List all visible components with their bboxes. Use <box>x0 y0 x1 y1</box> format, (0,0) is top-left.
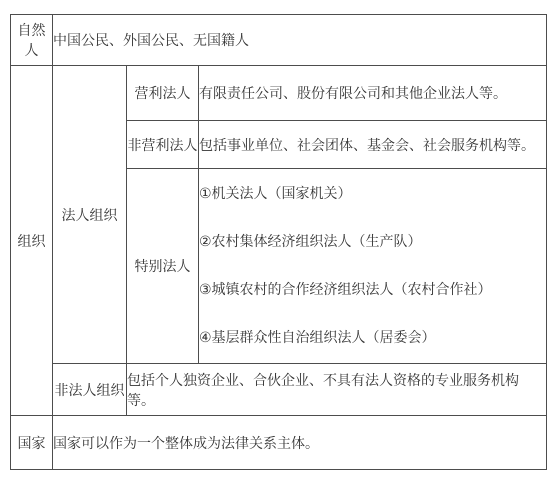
row-for-profit-legal-person: 组织 法人组织 营利法人 有限责任公司、股份有限公司和其他企业法人等。 <box>11 66 547 121</box>
page-background: 自然人 中国公民、外国公民、无国籍人 组织 法人组织 营利法人 有限责任公司、股… <box>0 0 555 485</box>
natural-person-label: 自然人 <box>11 15 53 66</box>
special-item-2: ②农村集体经济组织法人（生产队） <box>199 218 546 266</box>
legal-subjects-table: 自然人 中国公民、外国公民、无国籍人 组织 法人组织 营利法人 有限责任公司、股… <box>10 14 547 470</box>
non-legal-person-org-content: 包括个人独资企业、合伙企业、不具有法人资格的专业服务机构等。 <box>127 364 547 416</box>
non-legal-person-org-label: 非法人组织 <box>53 364 127 416</box>
for-profit-legal-person-label: 营利法人 <box>127 66 199 121</box>
for-profit-legal-person-content: 有限责任公司、股份有限公司和其他企业法人等。 <box>199 66 547 121</box>
state-content: 国家可以作为一个整体成为法律关系主体。 <box>53 416 547 470</box>
natural-person-content: 中国公民、外国公民、无国籍人 <box>53 15 547 66</box>
legal-person-org-label: 法人组织 <box>53 66 127 364</box>
state-label: 国家 <box>11 416 53 470</box>
special-item-3: ③城镇农村的合作经济组织法人（农村合作社） <box>199 266 546 314</box>
row-non-legal-person-org: 非法人组织 包括个人独资企业、合伙企业、不具有法人资格的专业服务机构等。 <box>11 364 547 416</box>
non-profit-legal-person-content: 包括事业单位、社会团体、基金会、社会服务机构等。 <box>199 121 547 169</box>
special-item-1: ①机关法人（国家机关） <box>199 170 546 218</box>
row-natural-person: 自然人 中国公民、外国公民、无国籍人 <box>11 15 547 66</box>
row-state: 国家 国家可以作为一个整体成为法律关系主体。 <box>11 416 547 470</box>
special-item-4: ④基层群众性自治组织法人（居委会） <box>199 314 546 362</box>
organization-label: 组织 <box>11 66 53 416</box>
special-legal-person-label: 特别法人 <box>127 169 199 364</box>
special-legal-person-content: ①机关法人（国家机关） ②农村集体经济组织法人（生产队） ③城镇农村的合作经济组… <box>199 169 547 364</box>
non-profit-legal-person-label: 非营利法人 <box>127 121 199 169</box>
